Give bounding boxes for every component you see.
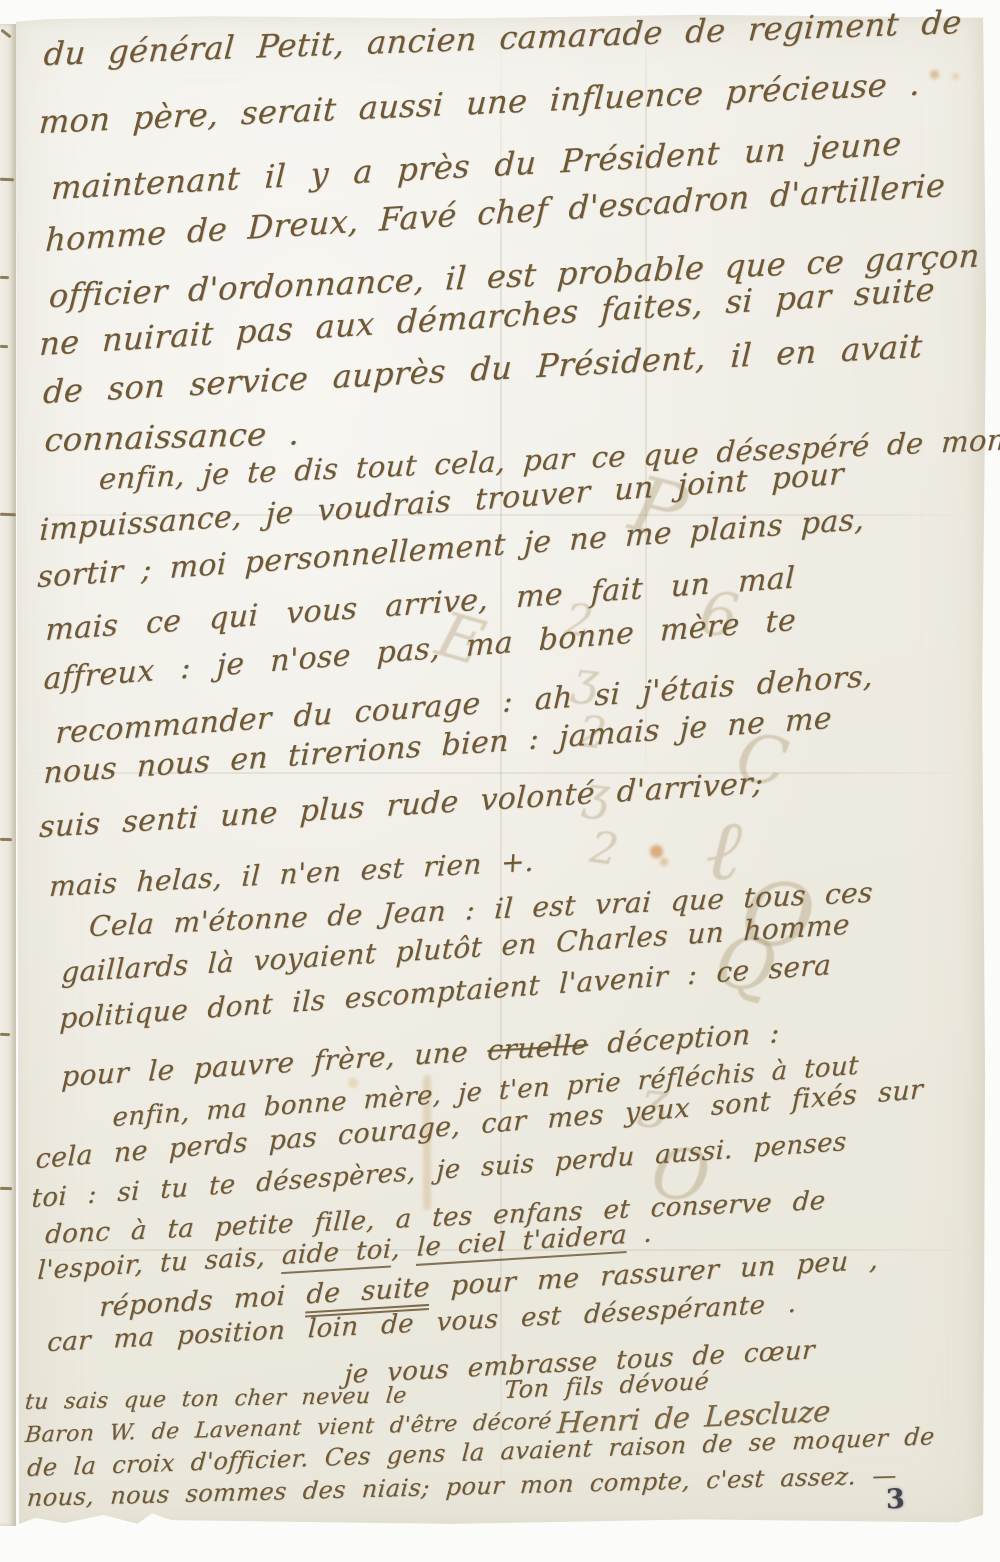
handwritten-line: Ton fils dévoué xyxy=(503,1369,709,1403)
showthrough-mark: ℓ xyxy=(703,807,744,893)
edge-ink-mark xyxy=(0,276,9,279)
handwritten-line: du général Petit, ancien camarade de reg… xyxy=(43,6,963,72)
handwritten-line: tu sais que ton cher neveu le xyxy=(24,1384,408,1414)
letter-scan: P62ʒ2ʒ2ECℓOQʒO du général Petit, ancien … xyxy=(0,0,1000,1562)
edge-ink-mark xyxy=(0,513,16,517)
page-number-stamp: 3 xyxy=(885,1484,905,1516)
edge-ink-mark xyxy=(0,29,11,39)
handwritten-line: mon père, serait aussi une influence pré… xyxy=(38,68,921,140)
edge-ink-mark xyxy=(0,345,8,348)
foxing-spot xyxy=(952,73,959,80)
handwritten-line: connaissance . xyxy=(43,417,301,457)
edge-ink-mark xyxy=(0,1033,10,1036)
edge-ink-mark xyxy=(0,838,12,841)
edge-ink-mark xyxy=(0,178,14,181)
foxing-spot xyxy=(930,70,939,79)
foxing-spot xyxy=(650,845,663,858)
showthrough-mark: 2 xyxy=(587,826,621,873)
scan-overlay: P62ʒ2ʒ2ECℓOQʒO du général Petit, ancien … xyxy=(0,0,1000,1562)
foxing-spot xyxy=(660,858,668,866)
fold-crease-vertical xyxy=(645,20,647,780)
edge-ink-mark xyxy=(0,1187,12,1190)
